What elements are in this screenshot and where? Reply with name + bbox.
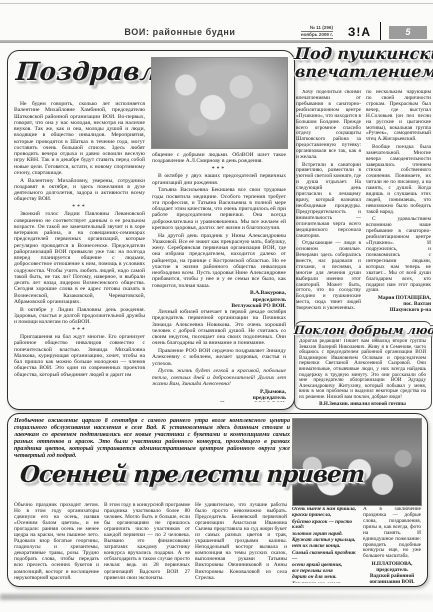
paragraph: Татьяна Васильевна Бекишева все свои тру… xyxy=(152,187,286,231)
pushkin-title-line2: впечатлением xyxy=(294,64,433,81)
paragraph: Не будем говорить, сколько лет исполняет… xyxy=(14,101,145,176)
paragraph: Пусть жизнь будет легкой и красивой, поб… xyxy=(152,368,286,387)
paragraph: Личный юбилей отмечает в первой декаде о… xyxy=(152,309,286,347)
paragraph: общение с добрыми людьми. ОблВОИ шлет та… xyxy=(152,152,286,165)
newspaper-logo: З!А xyxy=(348,25,371,39)
paragraph: С удовольствием вспоминаю наше пребывани… xyxy=(366,217,431,294)
bow-title: Поклон добрым людям xyxy=(293,323,430,337)
paragraph: *** xyxy=(14,204,145,210)
autumn-column-2: В этом году в конкурсной программе празд… xyxy=(104,502,190,582)
issue-info: № 11 (296) ноябрь 2009 г. xyxy=(301,25,333,39)
paragraph: Приглашения на бал ждут многие. Его орга… xyxy=(14,334,145,378)
paragraph: организации ВОИ. xyxy=(363,580,421,583)
bouquet-photo xyxy=(151,57,288,149)
bow-body: Дорогая редакция! Пишет вам инвалид втор… xyxy=(299,339,426,405)
paragraph: Так прими же, земля, xyxy=(292,582,358,583)
paragraph: Шахунского р-на xyxy=(366,308,431,314)
paragraph: Самый сказочный праздник — xyxy=(292,551,358,563)
congrats-column-2: общение с добрыми людьми. ОблВОИ шлет та… xyxy=(152,152,286,402)
paragraph: А Валентину Михайловну, уверены, сотрудн… xyxy=(14,178,145,203)
paragraph: Не удивительно, что лучшие работы было п… xyxy=(195,502,287,581)
autumn-column-3: Не удивительно, что лучшие работы было п… xyxy=(195,502,287,582)
page-number-badge: 5 xyxy=(389,26,427,39)
scan-artifact xyxy=(0,594,433,600)
paragraph: В этом году в конкурсной программе празд… xyxy=(104,502,190,581)
paragraph: Встретили в санатории приветливо, размес… xyxy=(296,163,361,240)
paragraph: буйство красок — просто клад: xyxy=(292,520,358,532)
newspaper-page: { "header": { "section_title": "ВОИ: рай… xyxy=(0,0,433,612)
autumn-title: Осенней прелести привет xyxy=(19,461,365,488)
pushkin-title: Под пушкинским впечатлением xyxy=(295,46,433,82)
issue-date: ноябрь 2009 г. xyxy=(301,32,333,39)
paragraph: Звонкий голос Лидии Павловны Левановской… xyxy=(14,211,145,305)
paragraph: На другой день праздник у Нины Александр… xyxy=(152,233,286,289)
issue-number: № 11 (296) xyxy=(301,25,333,32)
paragraph: *** xyxy=(152,166,286,172)
autumn-poem: Осень нынче к нам пришла,краски принесла… xyxy=(292,507,358,583)
paragraph: Починковской РОО ВОИ. xyxy=(152,401,286,402)
header-divider xyxy=(380,22,381,41)
pushkin-title-line1: Под пушкинским xyxy=(294,46,433,63)
top-rule xyxy=(0,3,433,4)
header-rule xyxy=(0,40,433,43)
paragraph: по нескольким чарующим по своей лиричнос… xyxy=(366,90,431,143)
paragraph: Отдыхающие — люди в основном пожилые. Ве… xyxy=(296,241,361,312)
congrats-column-1: Не будем говорить, сколько лет исполняет… xyxy=(14,101,145,402)
pushkin-column-2: по нескольким чарующим по своей лиричнос… xyxy=(366,90,431,316)
paragraph: Правление РОО ВОИ сердечно поздравляет З… xyxy=(152,348,286,367)
paragraph: Обычно праздник проходит летом. Но в это… xyxy=(14,502,99,581)
autumn-column-1: Обычно праздник проходит летом. Но в это… xyxy=(14,502,99,582)
paragraph: В.Н.Зевахин, инвалид второй группы xyxy=(299,402,426,405)
paragraph: В октябре у Лидии Павловны день рождения… xyxy=(14,307,145,326)
paragraph: В октябре у двух наших председателей пер… xyxy=(152,173,286,186)
autumn-lead: Необычное оживление царило 8 сентября с … xyxy=(14,418,290,458)
paragraph: А в заключение праздника — добрые слова,… xyxy=(363,507,421,560)
paragraph: Вообще поездка была замечательной. Многи… xyxy=(366,145,431,216)
paragraph: Хочу поделиться своими впечатлениями от … xyxy=(296,90,361,161)
paragraph: *** xyxy=(14,327,145,333)
autumn-column-5: А в заключение праздника — добрые слова,… xyxy=(363,507,421,583)
paragraph: Дорогая редакция! Пишет вам инвалид втор… xyxy=(299,339,426,401)
pushkin-column-1: Хочу поделиться своими впечатлениями от … xyxy=(296,90,361,316)
